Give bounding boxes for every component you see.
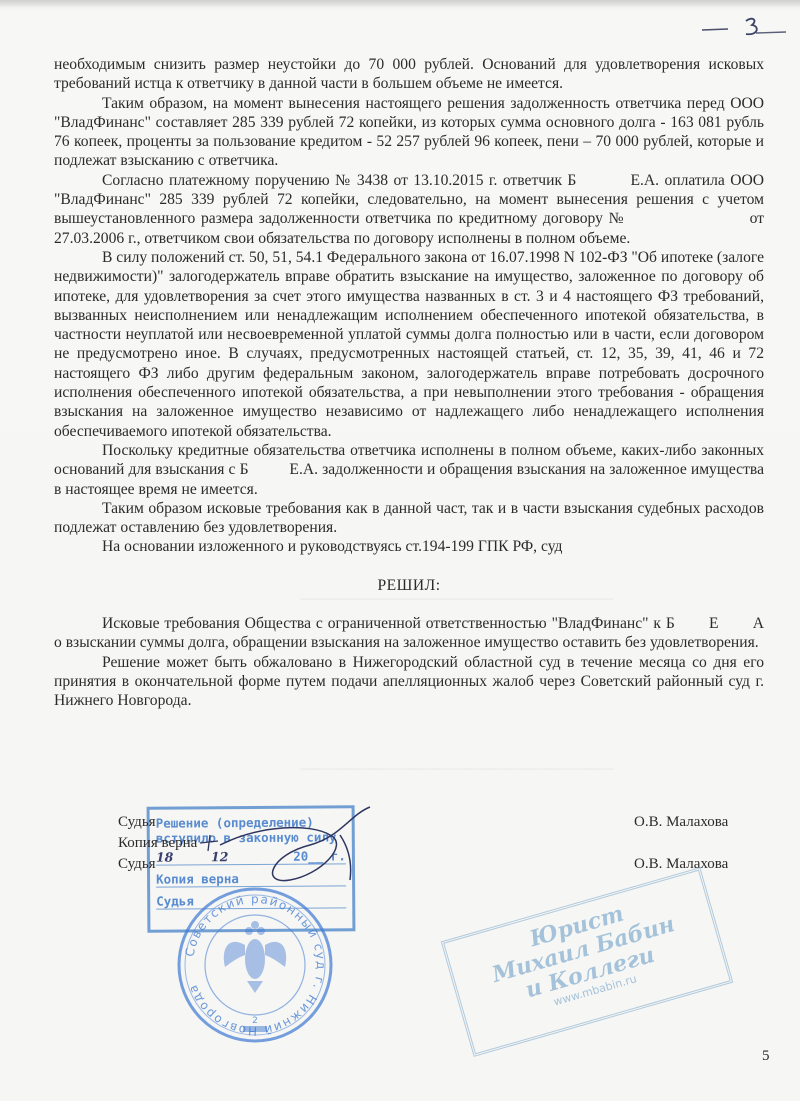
decision-heading: РЕШИЛ: (54, 576, 764, 595)
signature-block: Судья О.В. Малахова Копия верна Судья О.… (118, 812, 758, 875)
signature-row: Копия верна (118, 833, 758, 854)
signature-role: Судья (118, 854, 156, 875)
paragraph: Таким образом, на момент вынесения насто… (54, 94, 764, 171)
page-number: 5 (762, 1048, 770, 1065)
decision-paragraph: Исковые требования Общества с ограниченн… (54, 614, 764, 653)
signature-role: Судья (118, 812, 156, 833)
decision-paragraph: Решение может быть обжаловано в Нижегоро… (54, 653, 764, 711)
paragraph: В силу положений ст. 50, 51, 54.1 Федера… (54, 248, 764, 441)
signature-row: Судья О.В. Малахова (118, 854, 758, 875)
document-body: необходимым снизить размер неустойки до … (54, 55, 764, 711)
lawyer-watermark: Юрист Михаил Бабин и Коллеги www.mbabin.… (441, 867, 734, 1057)
paragraph: Таким образом исковые требования как в д… (54, 499, 764, 538)
show-through-text: ────────────────────────────────── (300, 760, 613, 778)
signature-role: Копия верна (118, 833, 197, 854)
court-seal-icon: Советский районный суд г. Нижний Новгоро… (175, 885, 335, 1045)
signature-row: Судья О.В. Малахова (118, 812, 758, 833)
paragraph: Поскольку кредитные обязательства ответч… (54, 441, 764, 499)
paragraph: На основании изложенного и руководствуяс… (54, 537, 764, 556)
paragraph: необходимым снизить размер неустойки до … (54, 55, 764, 94)
svg-text:2: 2 (252, 1016, 258, 1026)
document-page: ────────────────────────────────── ─────… (0, 0, 800, 1101)
handwritten-page-mark-icon (700, 12, 790, 42)
signature-name: О.В. Малахова (634, 812, 728, 833)
paragraph: Согласно платежному поручению № 3438 от … (54, 171, 764, 248)
scan-edge-shadow (0, 0, 800, 8)
